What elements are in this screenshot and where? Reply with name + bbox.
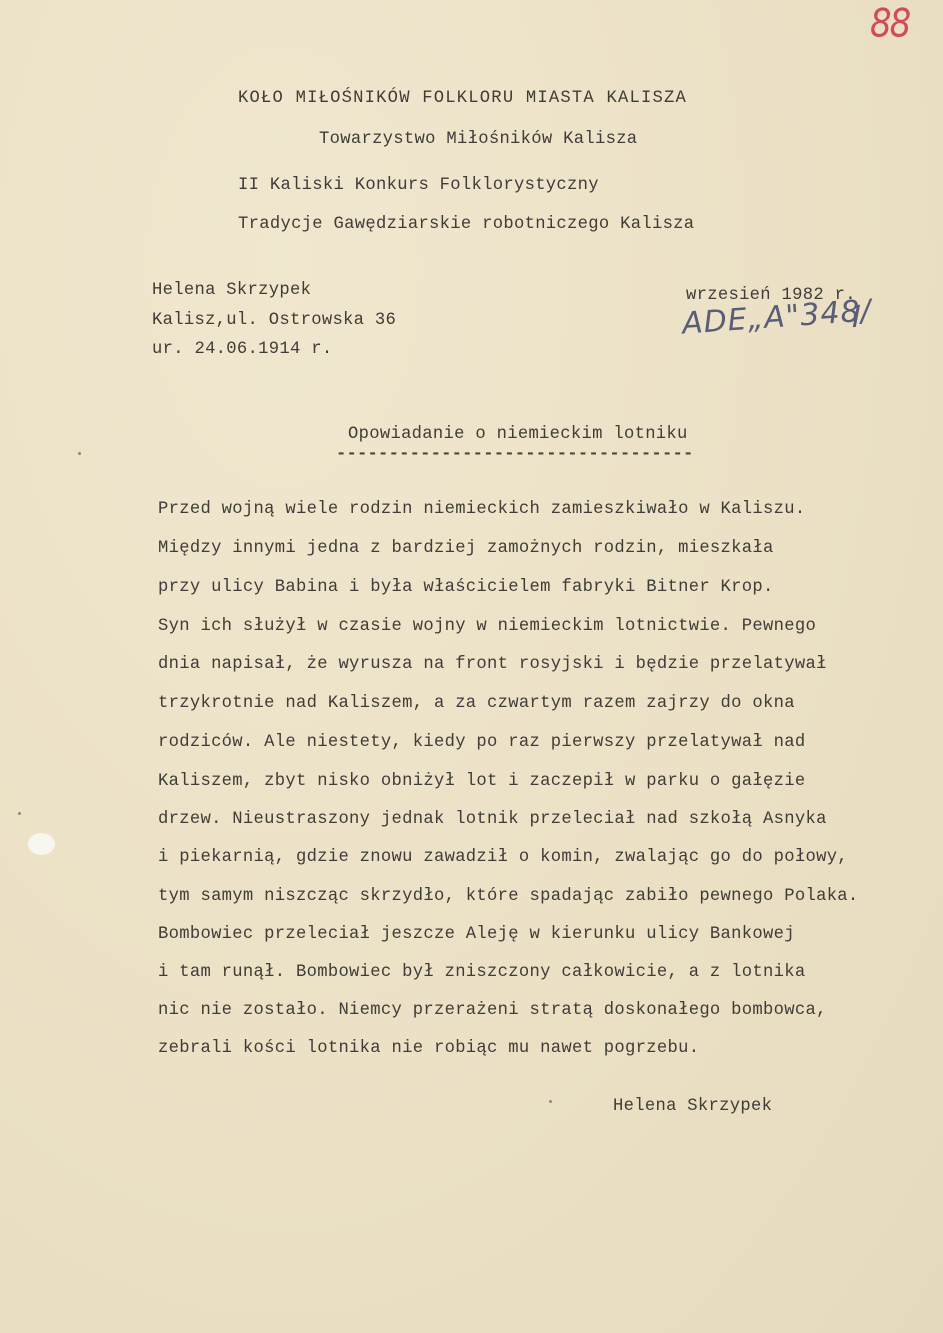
paper-speck <box>18 812 21 815</box>
body-line: dnia napisał, że wyrusza na front rosyjs… <box>158 655 827 674</box>
organization-name: KOŁO MIŁOŚNIKÓW FOLKLORU MIASTA KALISZA <box>238 89 687 108</box>
signature: Helena Skrzypek <box>613 1097 772 1116</box>
contest-theme: Tradycje Gawędziarskie robotniczego Kali… <box>238 215 694 234</box>
body-line: trzykrotnie nad Kaliszem, a za czwartym … <box>158 694 795 713</box>
body-line: Między innymi jedna z bardziej zamożnych… <box>158 539 774 558</box>
body-line: tym samym niszcząc skrzydło, które spada… <box>158 887 859 906</box>
body-line: rodziców. Ale niestety, kiedy po raz pie… <box>158 733 805 752</box>
paper-speck <box>78 452 81 455</box>
title-underline: ---------------------------------- <box>336 445 693 464</box>
body-line: Bombowiec przeleciał jeszcze Aleję w kie… <box>158 925 795 944</box>
society-name: Towarzystwo Miłośników Kalisza <box>319 130 637 149</box>
archive-mark-handwritten: I <box>852 300 861 335</box>
paper-speck <box>549 1100 552 1103</box>
body-line: i piekarnią, gdzie znowu zawadził o komi… <box>158 848 848 867</box>
author-birth-date: ur. 24.06.1914 r. <box>152 340 332 359</box>
body-line: Kaliszem, zbyt nisko obniżył lot i zacze… <box>158 772 805 791</box>
contest-name: II Kaliski Konkurs Folklorystyczny <box>238 176 599 195</box>
body-line: drzew. Nieustraszony jednak lotnik przel… <box>158 810 827 829</box>
body-line: nic nie zostało. Niemcy przerażeni strat… <box>158 1001 827 1020</box>
author-address: Kalisz,ul. Ostrowska 36 <box>152 311 396 330</box>
body-line: Przed wojną wiele rodzin niemieckich zam… <box>158 500 805 519</box>
body-line: Syn ich służył w czasie wojny w niemieck… <box>158 617 816 636</box>
body-line: zebrali kości lotnika nie robiąc mu nawe… <box>158 1039 699 1058</box>
page-number-handwritten: 88 <box>870 1 909 47</box>
body-line: i tam runął. Bombowiec był zniszczony ca… <box>158 963 805 982</box>
paper-blot <box>28 833 55 855</box>
body-line: przy ulicy Babina i była właścicielem fa… <box>158 578 774 597</box>
author-name: Helena Skrzypek <box>152 281 311 300</box>
story-title: Opowiadanie o niemieckim lotniku <box>348 425 688 444</box>
